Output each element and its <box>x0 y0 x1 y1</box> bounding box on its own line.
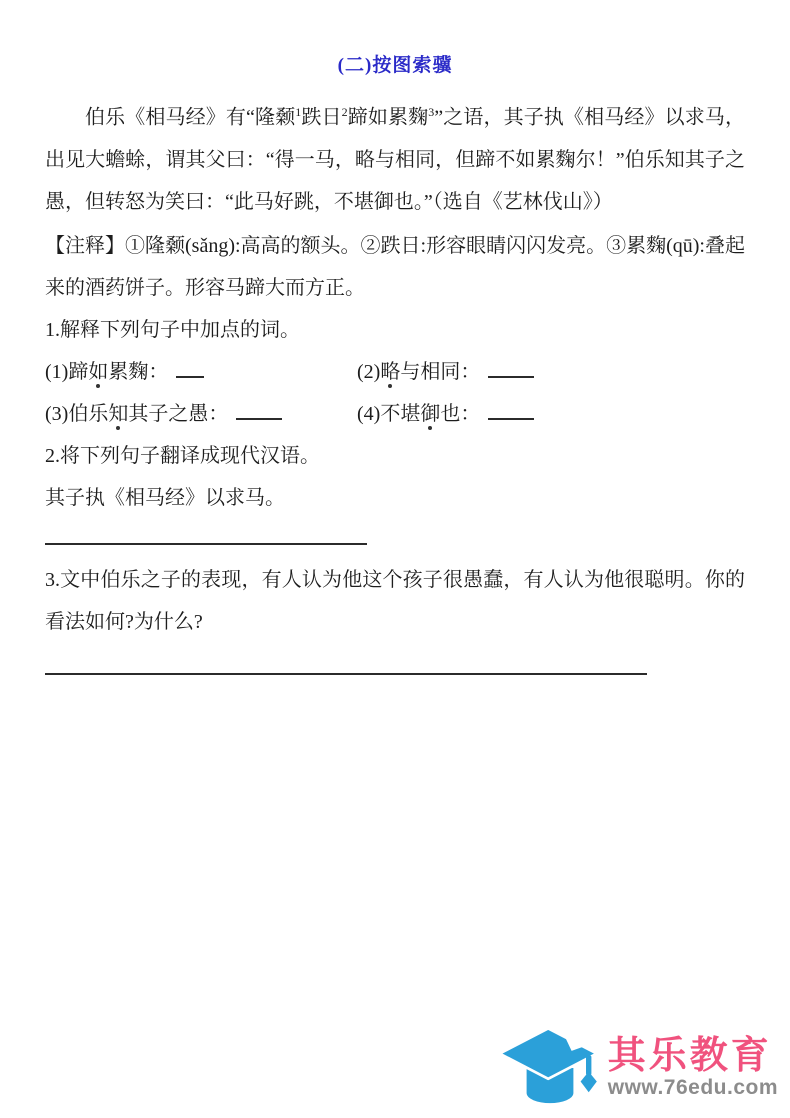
emphasized-char: 知 <box>108 403 128 425</box>
question-1-item-2: (2)略与相同： <box>357 351 745 393</box>
passage-text: 蹄如累麴 <box>348 107 429 129</box>
answer-line <box>45 531 367 545</box>
answer-line <box>45 661 647 675</box>
item-text: 蹄 <box>68 361 88 383</box>
emphasized-char: 御 <box>420 403 440 425</box>
question-1-row-1: (1)蹄如累麴： (2)略与相同： <box>45 351 745 393</box>
item-text: 累麴 <box>108 361 148 383</box>
logo-text-block: 其乐教育 www.76edu.com <box>608 1037 778 1100</box>
graduation-cap-icon <box>496 1022 604 1114</box>
answer-blank <box>488 404 534 420</box>
passage-paragraph: 伯乐《相马经》有“隆颡1跌日2蹄如累麴3”之语，其子执《相马经》以求马，出见大蟾… <box>45 91 745 223</box>
item-text: 与相同 <box>400 361 460 383</box>
section-title: (二)按图索骥 <box>45 0 745 77</box>
logo-name: 其乐教育 <box>608 1037 778 1077</box>
passage-text: 伯乐《相马经》有“隆颡 <box>85 107 295 129</box>
passage-text: 跌日 <box>301 107 341 129</box>
item-text: 不堪 <box>380 403 420 425</box>
item-number: (1) <box>45 361 68 383</box>
item-colon: ： <box>148 361 168 383</box>
site-logo: 其乐教育 www.76edu.com <box>496 1022 778 1114</box>
question-1-label: 1.解释下列句子中加点的词。 <box>45 309 745 351</box>
item-text: 伯乐 <box>68 403 108 425</box>
item-colon: ： <box>460 361 480 383</box>
notes-paragraph: 【注释】①隆颡(sǎng):高高的额头。②跌日:形容眼睛闪闪发亮。③累麴(qū)… <box>45 225 745 309</box>
item-number: (2) <box>357 361 380 383</box>
worksheet-page: (二)按图索骥 伯乐《相马经》有“隆颡1跌日2蹄如累麴3”之语，其子执《相马经》… <box>0 0 790 675</box>
answer-blank <box>488 362 534 378</box>
emphasized-char: 如 <box>88 361 108 383</box>
item-colon: ： <box>208 403 228 425</box>
emphasized-char: 略 <box>380 361 400 383</box>
item-number: (3) <box>45 403 68 425</box>
question-2-label: 2.将下列句子翻译成现代汉语。 <box>45 435 745 477</box>
item-number: (4) <box>357 403 380 425</box>
question-1-row-2: (3)伯乐知其子之愚： (4)不堪御也： <box>45 393 745 435</box>
question-1-item-3: (3)伯乐知其子之愚： <box>45 393 357 435</box>
question-1-item-1: (1)蹄如累麴： <box>45 351 357 393</box>
answer-blank <box>236 404 282 420</box>
answer-blank <box>176 362 204 378</box>
question-1-item-4: (4)不堪御也： <box>357 393 745 435</box>
item-text: 其子之愚 <box>128 403 208 425</box>
logo-url: www.76edu.com <box>608 1076 778 1099</box>
item-text: 也 <box>440 403 460 425</box>
item-colon: ： <box>460 403 480 425</box>
question-2-sentence: 其子执《相马经》以求马。 <box>45 477 745 519</box>
question-3-label: 3.文中伯乐之子的表现，有人认为他这个孩子很愚蠢，有人认为他很聪明。你的看法如何… <box>45 559 745 643</box>
